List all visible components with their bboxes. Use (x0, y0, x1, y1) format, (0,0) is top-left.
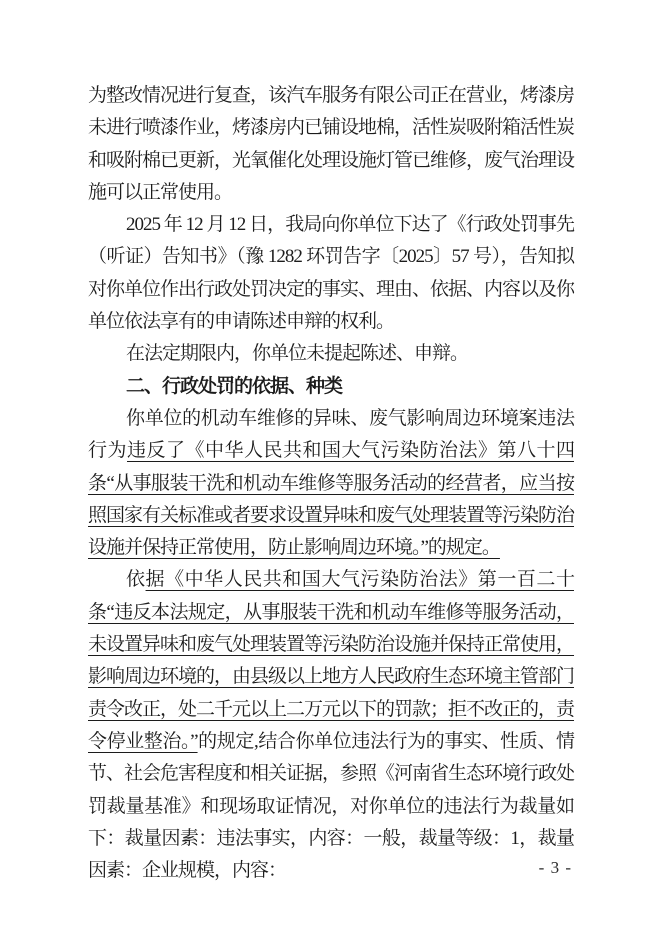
underlined-statute-text: 违反了《中华人民共和国大气污染防治法》第八十四条“从事服装干洗和机动车维修等服务… (88, 440, 574, 558)
paragraph-violated-article-84: 你单位的机动车维修的异味、废气影响周边环境案违法行为违反了《中华人民共和国大气污… (88, 403, 574, 564)
text-run: 2025 年 12 月 12 日，我局向你单位下达了《行政处罚事先（听证）告知书… (88, 214, 574, 332)
paragraph-penalty-basis-article-120: 依据《中华人民共和国大气污染防治法》第一百二十条“违反本法规定，从事服装干洗和机… (88, 564, 574, 887)
document-page: 为整改情况进行复查，该汽车服务有限公司正在营业，烤漆房未进行喷漆作业，烤漆房内已… (0, 0, 656, 928)
paragraph-reinspection-findings: 为整改情况进行复查，该汽车服务有限公司正在营业，烤漆房未进行喷漆作业，烤漆房内已… (88, 80, 574, 209)
text-run: 二、行政处罚的依据、种类 (126, 376, 342, 397)
text-run: 在法定期限内，你单位未提起陈述、申辩。 (126, 343, 468, 364)
page-number: - 3 - (539, 858, 572, 878)
paragraph-prior-notice: 2025 年 12 月 12 日，我局向你单位下达了《行政处罚事先（听证）告知书… (88, 209, 574, 338)
text-run: 为整改情况进行复查，该汽车服务有限公司正在营业，烤漆房未进行喷漆作业，烤漆房内已… (88, 85, 574, 203)
document-body: 为整改情况进行复查，该汽车服务有限公司正在营业，烤漆房未进行喷漆作业，烤漆房内已… (88, 80, 574, 887)
section-heading-penalty-basis: 二、行政处罚的依据、种类 (88, 371, 574, 403)
text-run: 的规定,结合你单位违法行为的事实、性质、情节、社会危害程度和相关证据，参照《河南… (88, 731, 574, 881)
text-run: 依 (126, 569, 146, 590)
paragraph-no-statement: 在法定期限内，你单位未提起陈述、申辩。 (88, 338, 574, 370)
underlined-statute-text: 据《中华人民共和国大气污染防治法》第一百二十条“违反本法规定，从事服装干洗和机动… (88, 569, 574, 751)
